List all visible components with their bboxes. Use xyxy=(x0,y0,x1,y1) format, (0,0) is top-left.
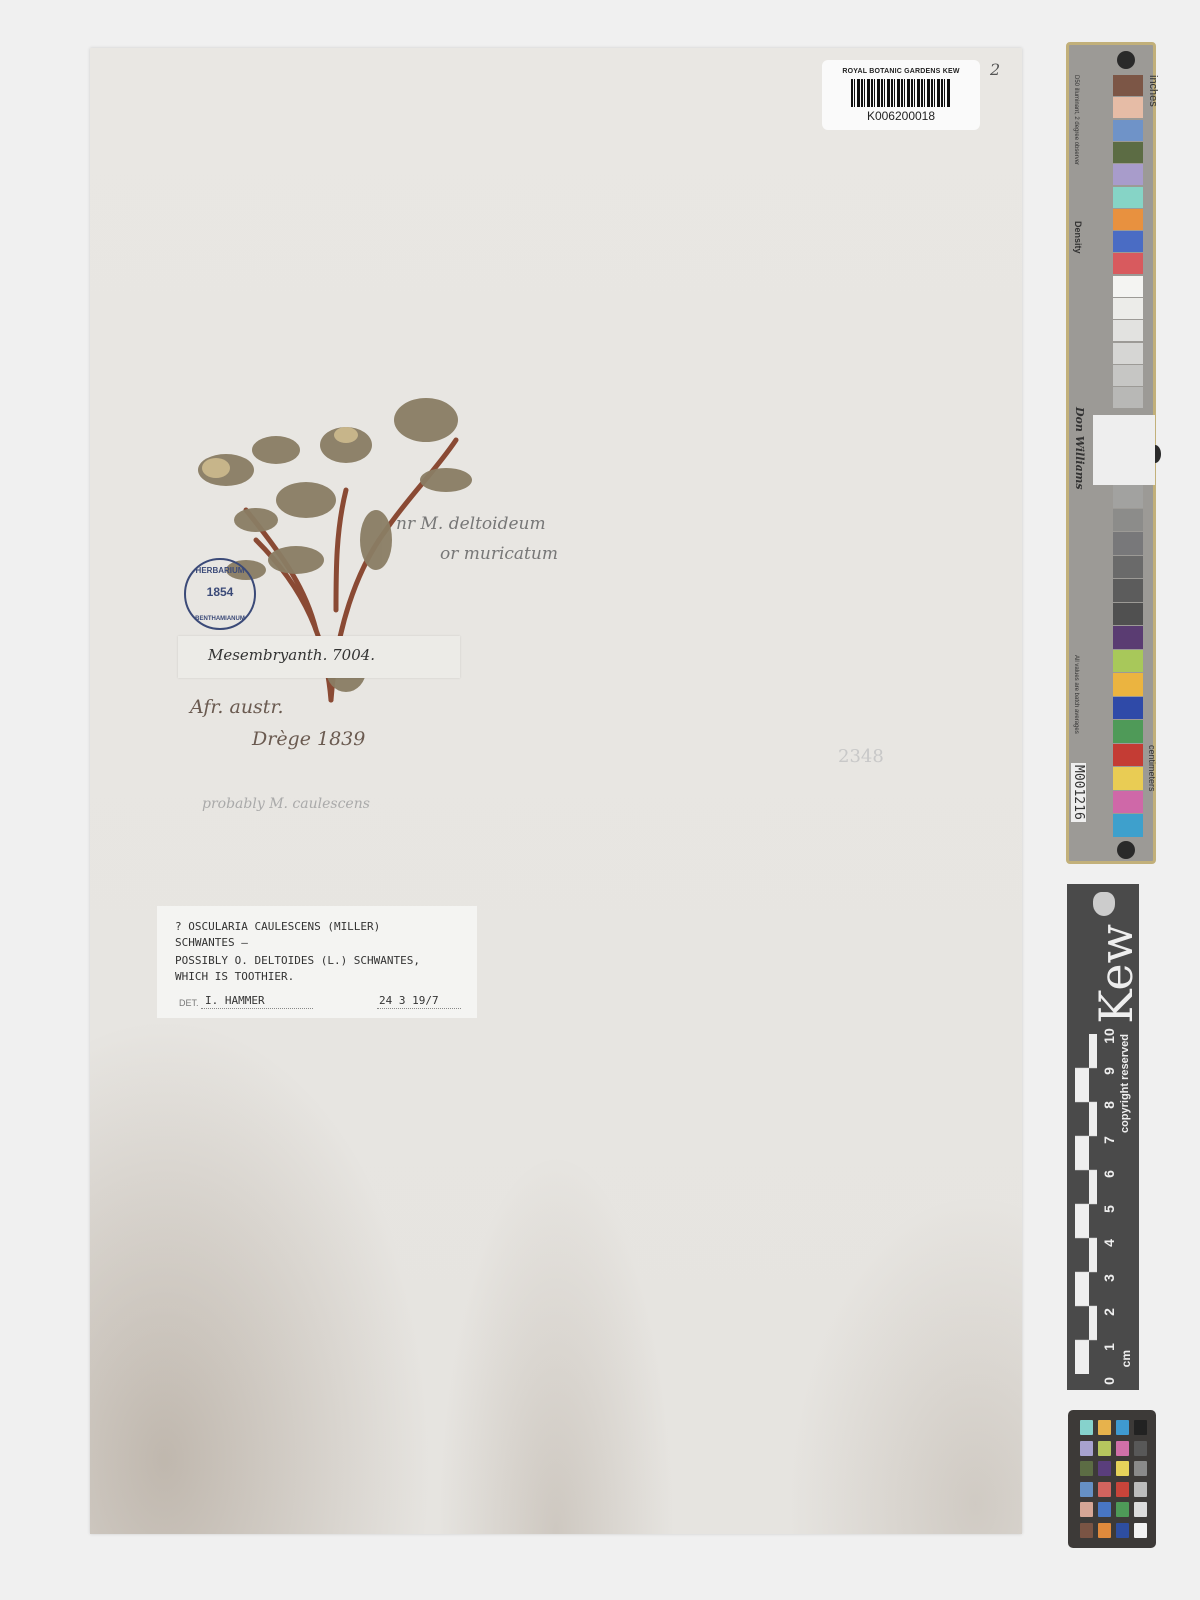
color-swatch xyxy=(1113,697,1143,720)
det-dotted-line xyxy=(201,1008,313,1009)
checker-square xyxy=(1116,1441,1129,1456)
color-swatch xyxy=(1113,579,1143,602)
cm-number: 7 xyxy=(1101,1131,1117,1149)
checker-square xyxy=(1080,1420,1093,1435)
units-bottom: centimeters xyxy=(1147,745,1157,792)
color-swatch xyxy=(1113,509,1143,532)
kew-logo: Kew xyxy=(1089,924,1143,1024)
checker-square xyxy=(1080,1502,1093,1517)
checker-square xyxy=(1116,1523,1129,1538)
checker-square xyxy=(1080,1461,1093,1476)
det-line-2: SCHWANTES — xyxy=(175,936,248,949)
color-swatch xyxy=(1113,532,1143,555)
herbarium-stamp: HERBARIUM 1854 BENTHAMIANUM xyxy=(184,558,256,630)
units-top: inches xyxy=(1147,75,1159,107)
footnote: All values are batch averages xyxy=(1073,655,1079,734)
unit-label: cm xyxy=(1119,1350,1133,1367)
color-swatch xyxy=(1113,673,1143,696)
determination-label: ? OSCULARIA CAULESCENS (MILLER) SCHWANTE… xyxy=(157,906,477,1018)
checker-square xyxy=(1134,1420,1147,1435)
color-swatch xyxy=(1113,75,1143,96)
cm-number: 3 xyxy=(1101,1269,1117,1287)
pencil-note-2: or muricatum xyxy=(440,544,558,564)
color-swatch xyxy=(1113,276,1143,297)
checker-square xyxy=(1116,1482,1129,1497)
det-date: 24 3 19/7 xyxy=(379,994,439,1007)
color-swatch xyxy=(1113,744,1143,767)
cm-number: 8 xyxy=(1101,1096,1117,1114)
det-line-3: POSSIBLY O. DELTOIDES (L.) SCHWANTES, xyxy=(175,954,420,967)
herbarium-sheet xyxy=(90,48,1022,1534)
density-label: Density xyxy=(1073,221,1083,254)
name-slip: Mesembryanth. 7004. xyxy=(178,636,460,678)
barcode-number: K006200018 xyxy=(822,109,980,123)
color-swatch xyxy=(1113,387,1143,408)
checker-square xyxy=(1134,1441,1147,1456)
barcode xyxy=(851,79,951,107)
color-swatch xyxy=(1113,603,1143,626)
checker-square xyxy=(1080,1441,1093,1456)
cm-ruler xyxy=(1075,1034,1097,1380)
color-swatch xyxy=(1113,556,1143,579)
color-checker xyxy=(1068,1410,1156,1548)
color-swatch xyxy=(1113,253,1143,274)
det-line-4: WHICH IS TOOTHIER. xyxy=(175,970,294,983)
cm-number: 10 xyxy=(1101,1027,1117,1045)
checker-square xyxy=(1098,1523,1111,1538)
checker-square xyxy=(1134,1482,1147,1497)
color-swatch xyxy=(1113,187,1143,208)
checker-square xyxy=(1098,1441,1111,1456)
date-dotted-line xyxy=(377,1008,461,1009)
color-swatch xyxy=(1113,485,1143,508)
color-swatch xyxy=(1113,720,1143,743)
gray-target xyxy=(1093,415,1155,485)
cm-number: 0 xyxy=(1101,1372,1117,1390)
kew-scale-bar: Kew copyright reserved 109876543210 cm xyxy=(1067,884,1139,1390)
color-swatch xyxy=(1113,120,1143,141)
bar-hole-bottom xyxy=(1117,841,1135,859)
checker-square xyxy=(1080,1523,1093,1538)
faint-number: 2348 xyxy=(838,746,884,767)
cm-number: 2 xyxy=(1101,1303,1117,1321)
color-swatch xyxy=(1113,767,1143,790)
color-swatch xyxy=(1113,791,1143,814)
probably-note: probably M. caulescens xyxy=(202,796,370,812)
cm-number: 5 xyxy=(1101,1200,1117,1218)
color-swatch xyxy=(1113,650,1143,673)
color-swatch xyxy=(1113,814,1143,837)
checker-square xyxy=(1098,1502,1111,1517)
color-reference-bar: inches D50 illuminant, 2 degree observer… xyxy=(1066,42,1156,864)
checker-square xyxy=(1134,1502,1147,1517)
checker-square xyxy=(1116,1461,1129,1476)
corner-mark: 2 xyxy=(990,60,1000,79)
brand: Don Williams xyxy=(1073,407,1086,490)
checker-square xyxy=(1134,1523,1147,1538)
barcode-label: ROYAL BOTANIC GARDENS KEW K006200018 xyxy=(822,60,980,130)
collector-note-1: Afr. austr. xyxy=(190,696,283,718)
det-line-1: ? OSCULARIA CAULESCENS (MILLER) xyxy=(175,920,380,933)
determiner: I. HAMMER xyxy=(205,994,265,1007)
collector-note-2: Drège 1839 xyxy=(252,728,365,750)
bar-id: M001216 xyxy=(1071,763,1086,822)
checker-square xyxy=(1116,1420,1129,1435)
stamp-top-text: HERBARIUM xyxy=(186,566,254,575)
cm-number: 1 xyxy=(1101,1338,1117,1356)
cm-number: 4 xyxy=(1101,1234,1117,1252)
institution-name: ROYAL BOTANIC GARDENS KEW xyxy=(822,68,980,75)
checker-square xyxy=(1134,1461,1147,1476)
color-swatch xyxy=(1113,97,1143,118)
checker-square xyxy=(1098,1482,1111,1497)
checker-square xyxy=(1098,1461,1111,1476)
color-swatch xyxy=(1113,320,1143,341)
color-swatch xyxy=(1113,343,1143,364)
stamp-year: 1854 xyxy=(186,585,254,599)
cm-number: 9 xyxy=(1101,1062,1117,1080)
color-swatch xyxy=(1113,298,1143,319)
color-swatch xyxy=(1113,142,1143,163)
det-prefix: DET. xyxy=(179,998,199,1008)
checker-square xyxy=(1116,1502,1129,1517)
checker-square xyxy=(1098,1420,1111,1435)
name-slip-text: Mesembryanth. 7004. xyxy=(208,646,375,664)
color-swatch xyxy=(1113,209,1143,230)
checker-square xyxy=(1080,1482,1093,1497)
copyright-text: copyright reserved xyxy=(1119,1034,1131,1133)
color-swatch xyxy=(1113,365,1143,386)
stamp-bottom-text: BENTHAMIANUM xyxy=(186,616,254,622)
kew-crest-icon xyxy=(1093,892,1115,916)
color-swatch xyxy=(1113,231,1143,252)
bar-hole-top xyxy=(1117,51,1135,69)
color-swatch xyxy=(1113,164,1143,185)
color-swatch xyxy=(1113,626,1143,649)
illuminant-note: D50 illuminant, 2 degree observer xyxy=(1073,75,1079,165)
pencil-note-1: nr M. deltoideum xyxy=(396,514,546,534)
cm-number: 6 xyxy=(1101,1165,1117,1183)
